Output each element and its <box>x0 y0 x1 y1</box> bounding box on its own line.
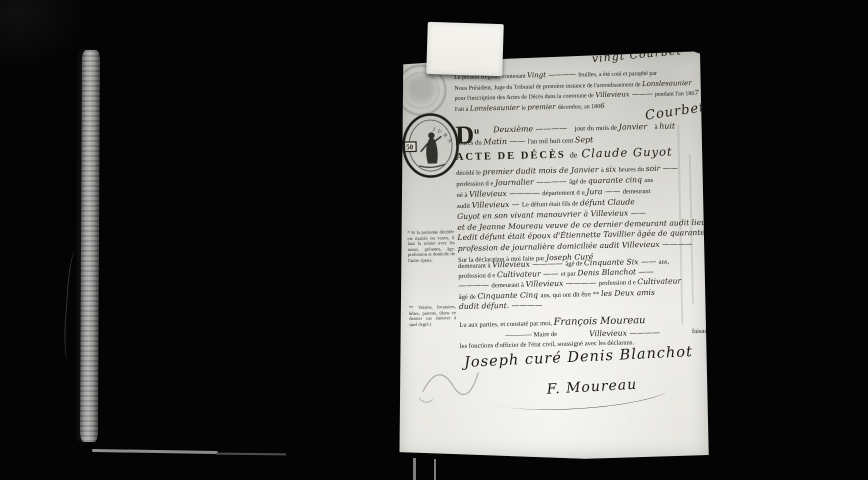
printed-text: profession d e <box>599 280 638 288</box>
printed-text: profession d e <box>456 180 495 188</box>
printed-text: âgé de <box>569 178 588 185</box>
printed-text: demeurant à <box>458 262 492 270</box>
handwritten-text: Journalier ———— <box>495 177 569 188</box>
margin-footnote-witnesses: ** Voisins, locataires, hôtes, parents, … <box>409 304 456 327</box>
handwritten-folio-note: vingt Courbet <box>591 44 682 65</box>
printed-text: âgé de <box>565 260 584 267</box>
printed-text: demeurant à <box>491 282 525 290</box>
handwritten-text: Cultivateur <box>637 277 681 287</box>
handwritten-text: Villevieux ———— <box>589 327 660 339</box>
act-body-block: demeurant à Villevieux ———— âgé de Cinqu… <box>458 256 707 312</box>
printed-text: ans <box>644 177 653 184</box>
printed-text: pour l'inscription des Actes de Décès da… <box>455 94 596 103</box>
handwritten-text: Villevieux ———— <box>525 278 598 289</box>
book-bottom-edge <box>92 449 218 454</box>
printed-text: demeurant <box>623 188 651 196</box>
under-page-edge-mark <box>413 458 416 480</box>
handwritten-text: Vingt ———— <box>527 70 578 79</box>
handwritten-text: 6 <box>600 102 605 110</box>
printed-text: faisant <box>692 326 710 337</box>
printed-text: ans, qui ont dit être ** <box>540 291 601 299</box>
handwritten-text: huit <box>659 121 675 130</box>
act-title-de: de <box>570 150 578 159</box>
handwritten-text: Cinquante Six —— <box>584 257 659 268</box>
paper-slip-tab <box>426 22 504 76</box>
handwritten-text: ———— <box>458 281 491 291</box>
handwritten-text: Sept <box>575 135 593 144</box>
handwritten-text: soir —— <box>646 163 679 173</box>
handwritten-text: les Deux amis <box>601 288 655 298</box>
handwritten-text: Deuxième ———— <box>493 124 569 135</box>
printed-text: pendant l'an 180 <box>655 91 695 98</box>
handwritten-text: Denis Blanchot —— <box>577 267 654 278</box>
act-body-block: décédé le premier dudit mois de Janvier … <box>456 163 706 266</box>
stamp-value-text: 50 <box>406 144 414 152</box>
printed-text: et par <box>561 271 578 278</box>
handwritten-text: premier <box>527 103 558 112</box>
printed-text: né à <box>457 192 470 199</box>
handwritten-text: 7 <box>694 89 699 97</box>
handwritten-text: Villevieux ——— <box>595 90 655 99</box>
signature-flourish <box>489 386 680 416</box>
under-page-edge-mark <box>434 459 436 480</box>
film-glow <box>0 0 90 70</box>
handwritten-text: Janvier <box>619 122 650 132</box>
handwritten-text: François Moureau <box>553 315 645 328</box>
handwritten-text: six <box>605 165 618 174</box>
document-page: vingt Courbet Le présent Registre conten… <box>397 47 710 460</box>
handwritten-text: Villevieux ———— <box>492 259 565 270</box>
handwritten-text: Jura —— <box>586 186 623 196</box>
printed-text: Lu aux parties, et constaté par moi, <box>459 320 553 329</box>
revenue-stamp-icon: JURA 50 <box>400 111 461 180</box>
printed-text: feuilles, a été coté et paraphé par <box>578 71 657 79</box>
drop-cap-superscript: u <box>474 126 479 136</box>
handwritten-text: premier dudit mois de Janvier <box>482 165 601 176</box>
handwritten-text: Lonslesaunier <box>642 79 692 88</box>
handwritten-text: Villevieux — <box>472 199 522 209</box>
printed-text: Le défunt était fils de <box>522 200 580 208</box>
deceased-name: Claude Guyot <box>581 144 672 160</box>
printed-text: décembre, an 180 <box>558 104 601 111</box>
printed-text: jour du mois de <box>575 125 619 133</box>
printed-text: décédé le <box>456 169 483 177</box>
printed-text: ans, <box>659 259 670 266</box>
printed-text: profession d e <box>458 272 497 280</box>
handwritten-text: Villevieux ———— <box>469 188 542 199</box>
book-bottom-edge-faint <box>216 453 286 456</box>
handwritten-text: Cultivateur —— <box>497 269 561 279</box>
handwritten-text: dudit défunt. ———— <box>459 300 542 311</box>
handwritten-text: quarante cinq <box>588 175 645 185</box>
microfilm-scan: vingt Courbet Le présent Registre conten… <box>0 0 868 480</box>
act-title-line: ACTE DE DÉCÈS de Claude Guyot <box>456 142 673 165</box>
page-content: vingt Courbet Le présent Registre conten… <box>394 44 716 463</box>
act-opening-line: Deuxième ———— jour du mois de Janvier à … <box>493 121 705 134</box>
margin-footnote-spouse: * Si la personne décédée est mariée ou v… <box>407 229 455 263</box>
handwritten-text: Lonslesaunier <box>470 104 522 113</box>
act-title: ACTE DE DÉCÈS <box>456 150 566 163</box>
printed-text: âgé de <box>459 293 478 300</box>
printed-text: audit <box>457 202 472 209</box>
printed-text: département d u <box>542 189 586 197</box>
handwritten-text: Cinquante Cinq <box>477 290 540 300</box>
printed-text: heures du <box>618 166 645 174</box>
book-spine-edge <box>80 50 100 442</box>
handwritten-text: défunt Claude <box>580 197 635 207</box>
